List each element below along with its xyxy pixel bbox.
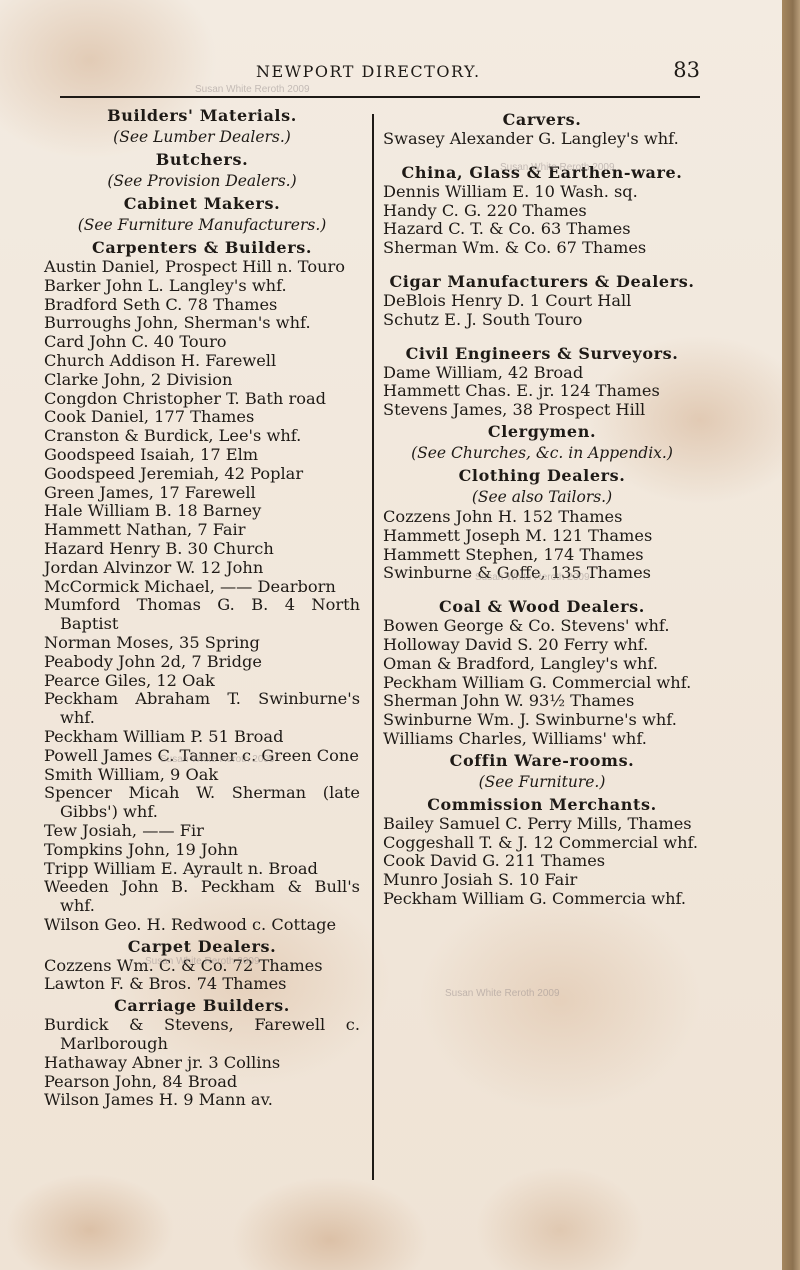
right-column: Carvers.Swasey Alexander G. Langley's wh… — [383, 108, 701, 909]
page-header: NEWPORT DIRECTORY. 83 — [60, 58, 700, 88]
directory-entry: Lawton F. & Bros. 74 Thames — [44, 975, 360, 994]
section-heading: Coal & Wood Dealers. — [383, 597, 701, 617]
watermark: Susan White Reroth 2009 — [475, 572, 590, 583]
directory-entry: Dennis William E. 10 Wash. sq. — [383, 183, 701, 202]
directory-entry: Jordan Alvinzor W. 12 John — [44, 559, 360, 578]
directory-entry: Green James, 17 Farewell — [44, 484, 360, 503]
section-heading: Clothing Dealers. — [383, 466, 701, 486]
directory-entry: Cook Daniel, 177 Thames — [44, 408, 360, 427]
directory-entry: Cozzens John H. 152 Thames — [383, 508, 701, 527]
directory-entry: Mumford Thomas G. B. 4 North Baptist — [44, 596, 360, 634]
section-heading: Civil Engineers & Surveyors. — [383, 344, 701, 364]
directory-entry: Church Addison H. Farewell — [44, 352, 360, 371]
section-gap — [383, 258, 701, 270]
directory-entry: Peckham William G. Commercial whf. — [383, 674, 701, 693]
directory-entry: Burdick & Stevens, Farewell c. Marlborou… — [44, 1016, 360, 1054]
section-gap — [383, 330, 701, 342]
directory-entry: Hammett Chas. E. jr. 124 Thames — [383, 382, 701, 401]
directory-entry: Bailey Samuel C. Perry Mills, Thames — [383, 815, 701, 834]
section-heading: Builders' Materials. — [44, 106, 360, 126]
section-heading: Coffin Ware-rooms. — [383, 751, 701, 771]
directory-entry: Swinburne Wm. J. Swinburne's whf. — [383, 711, 701, 730]
directory-entry: Peckham William P. 51 Broad — [44, 728, 360, 747]
directory-entry: Hammett Joseph M. 121 Thames — [383, 527, 701, 546]
directory-entry: Norman Moses, 35 Spring — [44, 634, 360, 653]
watermark: Susan White Reroth 2009 — [445, 988, 560, 999]
directory-entry: Weeden John B. Peckham & Bull's whf. — [44, 878, 360, 916]
directory-entry: Tompkins John, 19 John — [44, 841, 360, 860]
directory-entry: Wilson James H. 9 Mann av. — [44, 1091, 360, 1110]
directory-entry: Peabody John 2d, 7 Bridge — [44, 653, 360, 672]
cross-reference: (See Furniture.) — [383, 771, 701, 793]
directory-entry: Goodspeed Jeremiah, 42 Poplar — [44, 465, 360, 484]
section-gap — [383, 583, 701, 595]
directory-section: Carriage Builders.Burdick & Stevens, Far… — [44, 996, 360, 1110]
directory-entry: Hammett Nathan, 7 Fair — [44, 521, 360, 540]
header-rule — [60, 96, 700, 98]
directory-entry: Williams Charles, Williams' whf. — [383, 730, 701, 749]
directory-entry: Sherman John W. 93½ Thames — [383, 692, 701, 711]
directory-entry: Swasey Alexander G. Langley's whf. — [383, 130, 701, 149]
section-heading: Carpenters & Builders. — [44, 238, 360, 258]
cross-reference: (See Furniture Manufacturers.) — [44, 214, 360, 236]
directory-entry: Munro Josiah S. 10 Fair — [383, 871, 701, 890]
cross-reference: (See Provision Dealers.) — [44, 170, 360, 192]
directory-section: Cabinet Makers.(See Furniture Manufactur… — [44, 194, 360, 236]
directory-entry: Tew Josiah, —— Fir — [44, 822, 360, 841]
directory-entry: Cranston & Burdick, Lee's whf. — [44, 427, 360, 446]
directory-entry: Stevens James, 38 Prospect Hill — [383, 401, 701, 420]
directory-entry: Goodspeed Isaiah, 17 Elm — [44, 446, 360, 465]
section-heading: Cigar Manufacturers & Dealers. — [383, 272, 701, 292]
watermark: Susan White Reroth 2009 — [160, 754, 275, 765]
directory-entry: Sherman Wm. & Co. 67 Thames — [383, 239, 701, 258]
cross-reference: (See Churches, &c. in Appendix.) — [383, 442, 701, 464]
book-edge — [782, 0, 800, 1270]
directory-entry: Bowen George & Co. Stevens' whf. — [383, 617, 701, 636]
directory-section: Butchers.(See Provision Dealers.) — [44, 150, 360, 192]
watermark: Susan White Reroth 2009 — [145, 956, 260, 967]
directory-entry: McCormick Michael, —— Dearborn — [44, 578, 360, 597]
directory-section: Builders' Materials.(See Lumber Dealers.… — [44, 106, 360, 148]
directory-section: Carpenters & Builders.Austin Daniel, Pro… — [44, 238, 360, 935]
directory-entry: Card John C. 40 Touro — [44, 333, 360, 352]
directory-entry: Dame William, 42 Broad — [383, 364, 701, 383]
section-heading: Clergymen. — [383, 422, 701, 442]
directory-section: Coffin Ware-rooms.(See Furniture.) — [383, 751, 701, 793]
directory-section: Clothing Dealers.(See also Tailors.)Cozz… — [383, 466, 701, 583]
section-gap — [383, 149, 701, 161]
directory-entry: Hazard C. T. & Co. 63 Thames — [383, 220, 701, 239]
directory-entry: Pearce Giles, 12 Oak — [44, 672, 360, 691]
directory-entry: Bradford Seth C. 78 Thames — [44, 296, 360, 315]
directory-entry: Coggeshall T. & J. 12 Commercial whf. — [383, 834, 701, 853]
directory-entry: Hathaway Abner jr. 3 Collins — [44, 1054, 360, 1073]
directory-section: Cigar Manufacturers & Dealers.DeBlois He… — [383, 258, 701, 330]
cross-reference: (See also Tailors.) — [383, 486, 701, 508]
running-title: NEWPORT DIRECTORY. — [256, 62, 481, 81]
directory-entry: Spencer Micah W. Sherman (late Gibbs') w… — [44, 784, 360, 822]
directory-entry: Oman & Bradford, Langley's whf. — [383, 655, 701, 674]
watermark: Susan White Reroth 2009 — [195, 84, 310, 95]
section-heading: Carriage Builders. — [44, 996, 360, 1016]
directory-page: NEWPORT DIRECTORY. 83 Builders' Material… — [0, 0, 782, 1270]
directory-entry: Hale William B. 18 Barney — [44, 502, 360, 521]
directory-entry: Austin Daniel, Prospect Hill n. Touro — [44, 258, 360, 277]
cross-reference: (See Lumber Dealers.) — [44, 126, 360, 148]
directory-entry: Wilson Geo. H. Redwood c. Cottage — [44, 916, 360, 935]
section-heading: Butchers. — [44, 150, 360, 170]
directory-entry: Peckham Abraham T. Swinburne's whf. — [44, 690, 360, 728]
page-number: 83 — [673, 58, 700, 82]
directory-section: Clergymen.(See Churches, &c. in Appendix… — [383, 422, 701, 464]
directory-entry: Pearson John, 84 Broad — [44, 1073, 360, 1092]
section-heading: Cabinet Makers. — [44, 194, 360, 214]
watermark: Susan White Reroth 2009 — [500, 162, 615, 173]
directory-entry: Hazard Henry B. 30 Church — [44, 540, 360, 559]
directory-entry: Congdon Christopher T. Bath road — [44, 390, 360, 409]
section-heading: Commission Merchants. — [383, 795, 701, 815]
section-heading: Carvers. — [383, 110, 701, 130]
directory-entry: Peckham William G. Commercia whf. — [383, 890, 701, 909]
directory-entry: Holloway David S. 20 Ferry whf. — [383, 636, 701, 655]
directory-entry: Tripp William E. Ayrault n. Broad — [44, 860, 360, 879]
directory-section: Commission Merchants.Bailey Samuel C. Pe… — [383, 795, 701, 909]
directory-section: Carvers.Swasey Alexander G. Langley's wh… — [383, 110, 701, 149]
directory-entry: DeBlois Henry D. 1 Court Hall — [383, 292, 701, 311]
directory-entry: Schutz E. J. South Touro — [383, 311, 701, 330]
directory-entry: Handy C. G. 220 Thames — [383, 202, 701, 221]
section-heading: Carpet Dealers. — [44, 937, 360, 957]
directory-entry: Hammett Stephen, 174 Thames — [383, 546, 701, 565]
directory-entry: Smith William, 9 Oak — [44, 766, 360, 785]
directory-section: Civil Engineers & Surveyors.Dame William… — [383, 330, 701, 420]
column-divider — [372, 114, 374, 1180]
directory-section: Coal & Wood Dealers.Bowen George & Co. S… — [383, 583, 701, 749]
directory-entry: Clarke John, 2 Division — [44, 371, 360, 390]
directory-entry: Cook David G. 211 Thames — [383, 852, 701, 871]
directory-entry: Barker John L. Langley's whf. — [44, 277, 360, 296]
directory-entry: Burroughs John, Sherman's whf. — [44, 314, 360, 333]
